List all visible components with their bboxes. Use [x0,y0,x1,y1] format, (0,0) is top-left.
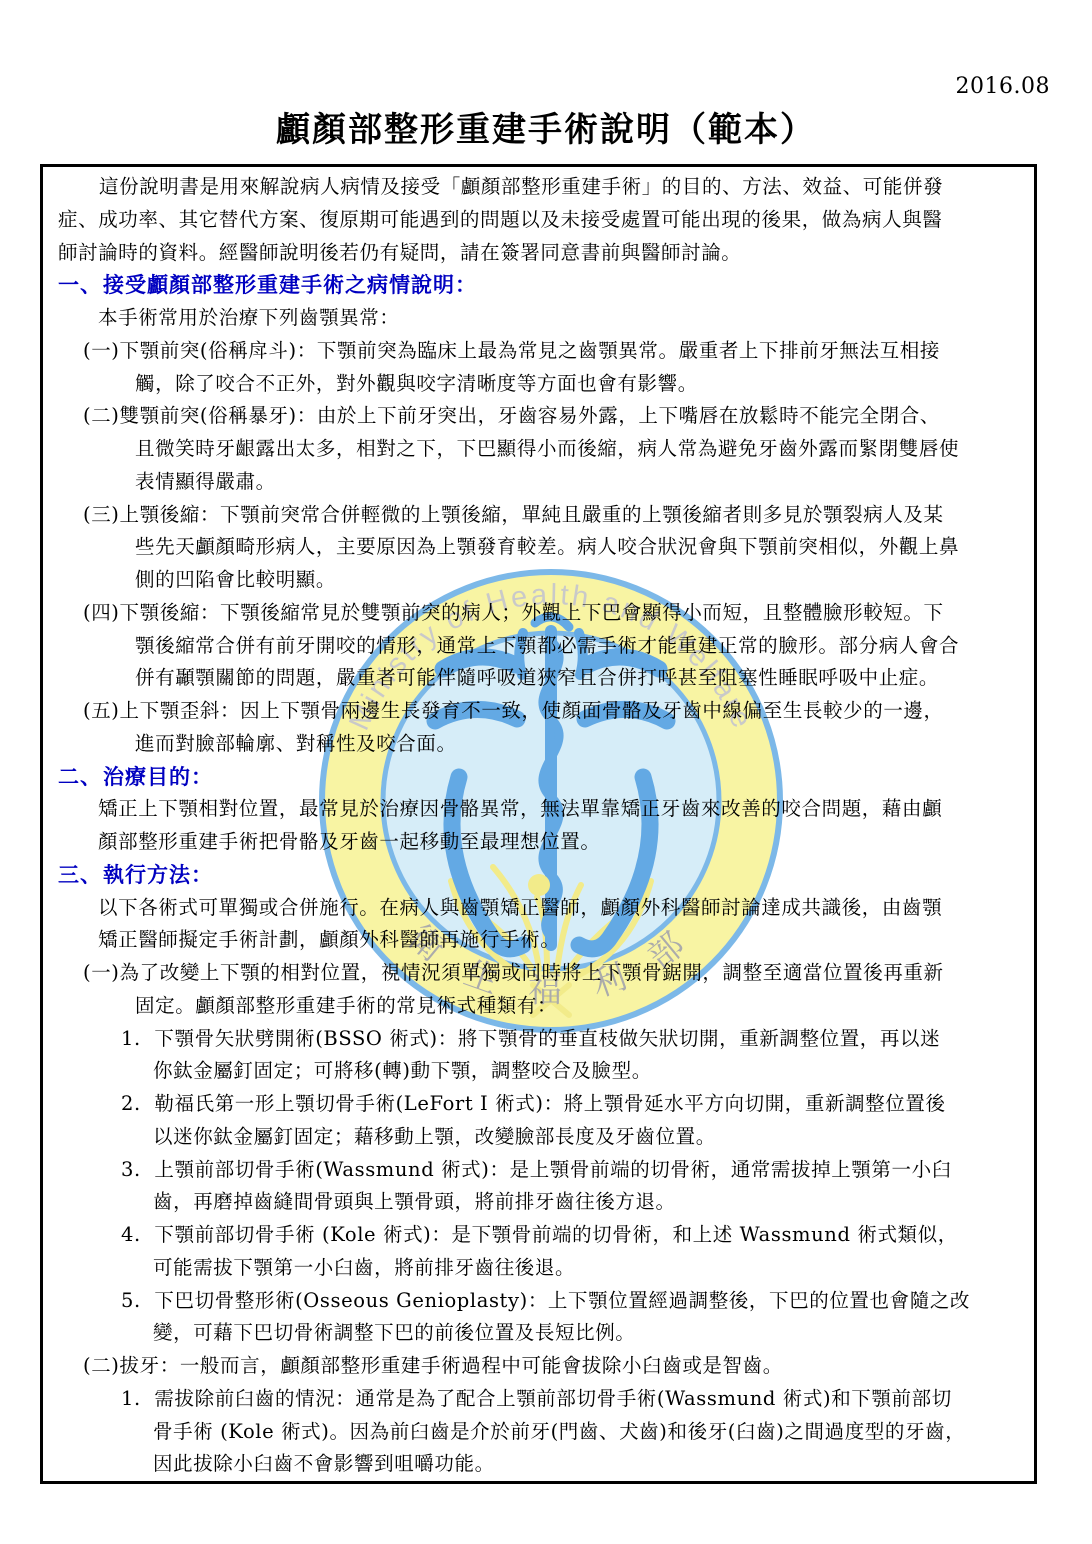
text-line: 1. 下顎骨矢狀劈開術(BSSO 術式)：將下顎骨的垂直枝做矢狀切開，重新調整位… [58,1023,1020,1056]
text-line: (五)上下顎歪斜：因上下顎骨兩邊生長發育不一致，使顏面骨骼及牙齒中線偏至生長較少… [58,695,1020,728]
text-line: 本手術常用於治療下列齒顎異常： [58,302,1020,335]
text-line: 2. 勒福氏第一形上顎切骨手術(LeFort I 術式)：將上顎骨延水平方向切開… [58,1088,1020,1121]
content-box: 這份說明書是用來解說病人病情及接受「顱顏部整形重建手術」的目的、方法、效益、可能… [40,164,1037,1484]
text-line: 師討論時的資料。經醫師說明後若仍有疑問，請在簽署同意書前與醫師討論。 [58,237,1020,270]
text-line: 併有顳顎關節的問題，嚴重者可能伴隨呼吸道狹窄且合併打呼甚至阻塞性睡眠呼吸中止症。 [58,662,1020,695]
text-line: (二)拔牙：一般而言，顱顏部整形重建手術過程中可能會拔除小臼齒或是智齒。 [58,1350,1020,1383]
text-line: 4. 下顎前部切骨手術 (Kole 術式)：是下顎骨前端的切骨術，和上述 Was… [58,1219,1020,1252]
page-title: 顱顏部整形重建手術說明（範本） [0,102,1092,151]
section-number: 一、 [58,269,103,302]
text-line: 3. 上顎前部切骨手術(Wassmund 術式)：是上顎骨前端的切骨術，通常需拔… [58,1154,1020,1187]
text-line: 骨手術 (Kole 術式)。因為前臼齒是介於前牙(門齒、犬齒)和後牙(臼齒)之間… [58,1416,1020,1449]
section-heading: 三、執行方法： [58,859,1020,892]
text-line: 以下各術式可單獨或合併施行。在病人與齒顎矯正醫師，顱顏外科醫師討論達成共識後，由… [58,892,1020,925]
text-line: 表情顯得嚴肅。 [58,466,1020,499]
text-line: 齒，再磨掉齒縫間骨頭與上顎骨頭，將前排牙齒往後方退。 [58,1186,1020,1219]
text-line: 矯正上下顎相對位置，最常見於治療因骨骼異常，無法單靠矯正牙齒來改善的咬合問題，藉… [58,793,1020,826]
text-line: (四)下顎後縮：下顎後縮常見於雙顎前突的病人；外觀上下巴會顯得小而短，且整體臉形… [58,597,1020,630]
section-heading: 一、接受顱顏部整形重建手術之病情說明： [58,269,1020,302]
text-line: (一)下顎前突(俗稱戽斗)：下顎前突為臨床上最為常見之齒顎異常。嚴重者上下排前牙… [58,335,1020,368]
text-line: 這份說明書是用來解說病人病情及接受「顱顏部整形重建手術」的目的、方法、效益、可能… [58,171,1020,204]
text-line: 且微笑時牙齦露出太多，相對之下，下巴顯得小而後縮，病人常為避免牙齒外露而緊閉雙唇… [58,433,1020,466]
text-line: (一)為了改變上下顎的相對位置，視情況須單獨或同時將上下顎骨鋸開，調整至適當位置… [58,957,1020,990]
text-line: (二)雙顎前突(俗稱暴牙)：由於上下前牙突出，牙齒容易外露，上下嘴唇在放鬆時不能… [58,400,1020,433]
text-line: 以迷你鈦金屬釘固定；藉移動上顎，改變臉部長度及牙齒位置。 [58,1121,1020,1154]
document-page: Ministry of Health and Welfare 衛 生 福 利 部… [0,0,1092,1544]
text-line: 固定。顱顏部整形重建手術的常見術式種類有： [58,990,1020,1023]
text-line: 顏部整形重建手術把骨骼及牙齒一起移動至最理想位置。 [58,826,1020,859]
section-heading-label: 治療目的： [103,764,213,789]
text-line: 側的凹陷會比較明顯。 [58,564,1020,597]
text-line: 症、成功率、其它替代方案、復原期可能遇到的問題以及未接受處置可能出現的後果，做為… [58,204,1020,237]
section-heading-label: 接受顱顏部整形重建手術之病情說明： [103,272,477,297]
text-line: 1. 需拔除前臼齒的情況：通常是為了配合上顎前部切骨手術(Wassmund 術式… [58,1383,1020,1416]
text-line: 矯正醫師擬定手術計劃，顱顏外科醫師再施行手術。 [58,924,1020,957]
text-line: 些先天顱顏畸形病人，主要原因為上顎發育較差。病人咬合狀況會與下顎前突相似，外觀上… [58,531,1020,564]
text-line: 5. 下巴切骨整形術(Osseous Genioplasty)：上下顎位置經過調… [58,1285,1020,1318]
section-heading: 二、治療目的： [58,761,1020,794]
document-lines: 這份說明書是用來解說病人病情及接受「顱顏部整形重建手術」的目的、方法、效益、可能… [58,171,1020,1481]
section-number: 三、 [58,859,103,892]
text-line: 進而對臉部輪廓、對稱性及咬合面。 [58,728,1020,761]
text-line: 可能需拔下顎第一小臼齒，將前排牙齒往後退。 [58,1252,1020,1285]
text-line: 因此拔除小臼齒不會影響到咀嚼功能。 [58,1448,1020,1481]
section-heading-label: 執行方法： [103,862,213,887]
text-line: 你鈦金屬釘固定；可將移(轉)動下顎，調整咬合及臉型。 [58,1055,1020,1088]
text-line: 觸，除了咬合不正外，對外觀與咬字清晰度等方面也會有影響。 [58,368,1020,401]
section-number: 二、 [58,761,103,794]
text-line: (三)上顎後縮：下顎前突常合併輕微的上顎後縮，單純且嚴重的上顎後縮者則多見於顎裂… [58,499,1020,532]
text-line: 顎後縮常合併有前牙開咬的情形，通常上下顎都必需手術才能重建正常的臉形。部分病人會… [58,630,1020,663]
document-date: 2016.08 [956,74,1050,99]
text-line: 變，可藉下巴切骨術調整下巴的前後位置及長短比例。 [58,1317,1020,1350]
